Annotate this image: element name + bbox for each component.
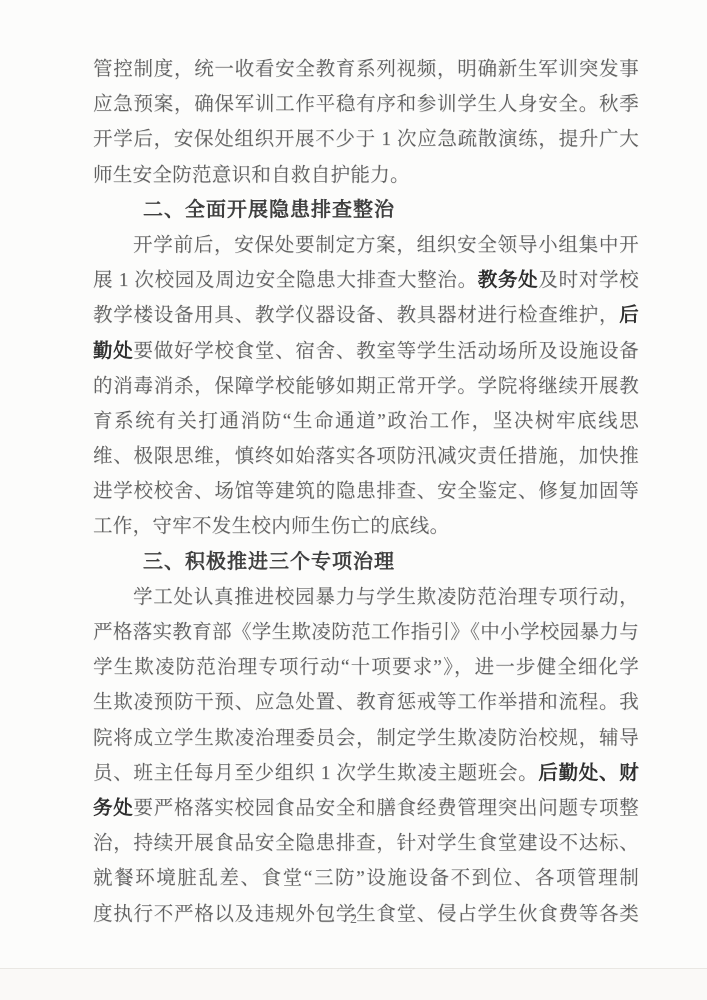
text-line: 工作，守牢不发生校内师生伤亡的底线。 [93, 509, 639, 544]
text-line: 师生安全防范意识和自救自护能力。 [93, 158, 639, 193]
text-run: 要严格落实校园食品安全和膳食经费管理突出问题专项整 [133, 798, 639, 819]
text-line: 院将成立学生欺凌治理委员会，制定学生欺凌防治校规，辅导 [93, 721, 639, 756]
text-run: 二、全面开展隐患排查整治 [143, 199, 395, 221]
department-name-bold: 勤处 [93, 340, 133, 362]
text-line: 维、极限思维，慎终如始落实各项防汛减灾责任措施，加快推 [93, 439, 639, 474]
section-heading: 二、全面开展隐患排查整治 [93, 193, 639, 228]
department-name-bold: 教务处 [478, 269, 539, 291]
text-line: 教学楼设备用具、教学仪器设备、教具器材进行检查维护，后 [93, 298, 639, 333]
text-run: 维、极限思维，慎终如始落实各项防汛减灾责任措施，加快推 [93, 446, 639, 467]
text-run: 工作，守牢不发生校内师生伤亡的底线。 [93, 516, 449, 537]
text-run: 治，持续开展食品安全隐患排查，针对学生食堂建设不达标、 [93, 833, 639, 854]
text-run: 严格落实教育部《学生欺凌防范工作指引》《中小学校园暴力与 [93, 622, 639, 643]
text-run: 及时对学校 [538, 270, 639, 291]
text-run: 院将成立学生欺凌治理委员会，制定学生欺凌防治校规，辅导 [93, 728, 639, 749]
text-line: 治，持续开展食品安全隐患排查，针对学生食堂建设不达标、 [93, 826, 639, 861]
text-line: 务处要严格落实校园食品安全和膳食经费管理突出问题专项整 [93, 791, 639, 826]
text-line: 的消毒消杀，保障学校能够如期正常开学。学院将继续开展教 [93, 369, 639, 404]
text-line: 育系统有关打通消防“生命通道”政治工作，坚决树牢底线思 [93, 404, 639, 439]
text-run: 学生欺凌防范治理专项行动“十项要求”》，进一步健全细化学 [93, 657, 639, 678]
text-line: 学生欺凌防范治理专项行动“十项要求”》，进一步健全细化学 [93, 650, 639, 685]
text-run: 三、积极推进三个专项治理 [143, 551, 395, 573]
text-line: 进学校校舍、场馆等建筑的隐患排查、安全鉴定、修复加固等 [93, 474, 639, 509]
text-run: 就餐环境脏乱差、食堂“三防”设施设备不到位、各项管理制 [93, 868, 639, 889]
text-run: 生欺凌预防干预、应急处置、教育惩戒等工作举措和流程。我 [93, 692, 639, 713]
text-line: 应急预案，确保军训工作平稳有序和参训学生人身安全。秋季 [93, 87, 639, 122]
text-run: 师生安全防范意识和自救自护能力。 [93, 165, 410, 186]
text-run: 管控制度，统一收看安全教育系列视频，明确新生军训突发事件 [93, 59, 639, 87]
text-run: 学工处认真推进校园暴力与学生欺凌防范治理专项行动， [133, 587, 639, 608]
text-line: 开学后，安保处组织开展不少于 1 次应急疏散演练，提升广大 [93, 122, 639, 157]
text-run: 展 1 次校园及周边安全隐患大排查大整治。 [93, 270, 478, 291]
department-name-bold: 后 [619, 304, 639, 326]
text-line: 开学前后，安保处要制定方案，组织安全领导小组集中开 [93, 228, 639, 263]
section-heading: 三、积极推进三个专项治理 [93, 545, 639, 580]
text-run: 开学前后，安保处要制定方案，组织安全领导小组集中开 [133, 235, 639, 256]
text-line: 学工处认真推进校园暴力与学生欺凌防范治理专项行动， [93, 580, 639, 615]
text-line: 员、班主任每月至少组织 1 次学生欺凌主题班会。后勤处、财 [93, 756, 639, 791]
text-line: 勤处要做好学校食堂、宿舍、教室等学生活动场所及设施设备 [93, 334, 639, 369]
text-run: 的消毒消杀，保障学校能够如期正常开学。学院将继续开展教 [93, 376, 639, 397]
text-run: 教学楼设备用具、教学仪器设备、教具器材进行检查维护， [93, 305, 619, 326]
text-run: 员、班主任每月至少组织 1 次学生欺凌主题班会。 [93, 763, 538, 784]
text-line: 管控制度，统一收看安全教育系列视频，明确新生军训突发事件 [93, 52, 639, 87]
scan-margin-area [0, 969, 707, 1000]
text-run: 进学校校舍、场馆等建筑的隐患排查、安全鉴定、修复加固等 [93, 481, 639, 502]
text-run: 开学后，安保处组织开展不少于 1 次应急疏散演练，提升广大 [93, 129, 639, 150]
department-name-bold: 务处 [93, 797, 133, 819]
text-line: 展 1 次校园及周边安全隐患大排查大整治。教务处及时对学校 [93, 263, 639, 298]
text-line: 严格落实教育部《学生欺凌防范工作指引》《中小学校园暴力与 [93, 615, 639, 650]
text-run: 应急预案，确保军训工作平稳有序和参训学生人身安全。秋季 [93, 94, 639, 115]
text-line: 生欺凌预防干预、应急处置、教育惩戒等工作举措和流程。我 [93, 685, 639, 720]
department-name-bold: 后勤处、财 [538, 762, 639, 784]
document-body: 管控制度，统一收看安全教育系列视频，明确新生军训突发事件应急预案，确保军训工作平… [93, 52, 639, 932]
page-number: 2 [0, 912, 707, 928]
scanned-document-page: 管控制度，统一收看安全教育系列视频，明确新生军训突发事件应急预案，确保军训工作平… [0, 0, 707, 1000]
text-line: 就餐环境脏乱差、食堂“三防”设施设备不到位、各项管理制 [93, 861, 639, 896]
text-run: 要做好学校食堂、宿舍、教室等学生活动场所及设施设备 [133, 341, 639, 362]
text-run: 育系统有关打通消防“生命通道”政治工作，坚决树牢底线思 [93, 411, 639, 432]
